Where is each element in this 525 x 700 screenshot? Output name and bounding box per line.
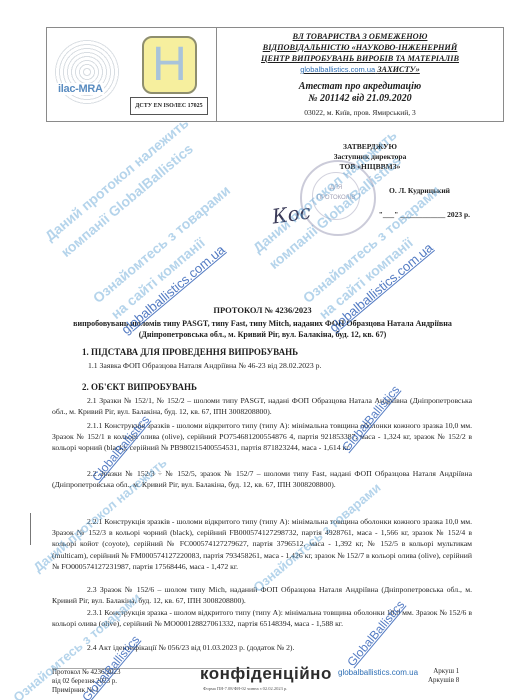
confidential-label: конфіденційно <box>200 664 332 684</box>
accreditation-standard: ДСТУ EN ISO/IEC 17025 <box>130 97 208 115</box>
company-logo: Н <box>142 36 197 94</box>
letterhead: ilac-MRA Н ДСТУ EN ISO/IEC 17025 ВЛ ТОВА… <box>46 27 504 122</box>
footer-website-link[interactable]: globalballistics.com.ua <box>338 668 418 677</box>
paragraph-text: 2.3 Зразок № 152/6 – шолом типу Mich, на… <box>52 585 472 605</box>
approval-heading: ЗАТВЕРДЖУЮ <box>270 142 470 152</box>
footer-copy-number: Примірник № 1 <box>52 686 121 695</box>
protocol-subtitle: випробовувань шоломів типу PASGT, типу F… <box>60 318 465 340</box>
paragraph-text: 2.2.1 Конструкція зразків - шоломи відкр… <box>52 517 472 571</box>
protocol-title: ПРОТОКОЛ № 4236/2023 <box>0 305 525 315</box>
sheet-number: Аркуш 1 <box>428 667 459 676</box>
approver-position: Заступник директора <box>270 152 470 162</box>
paragraph-2-1: 2.1 Зразки № 152/1, № 152/2 – шоломи тип… <box>52 395 472 417</box>
organization-name-line: ЗАХИСТУ» <box>377 65 419 74</box>
paragraph-2-4: 2.4 Акт ідентифікації № 056/23 від 01.03… <box>52 642 472 653</box>
paragraph-1-1: 1.1 Заявка ФОП Образцова Наталя Андріївн… <box>88 361 321 370</box>
organization-name-line: ЦЕНТР ВИПРОБУВАНЬ ВИРОБІВ ТА МАТЕРІАЛІВ <box>221 53 499 64</box>
accreditation-number: № 201142 від 21.09.2020 <box>217 93 503 105</box>
organization-name-line: ВЛ ТОВАРИСТВА З ОБМЕЖЕНОЮ <box>221 31 499 42</box>
paragraph-text: 2.2 Зразки № 152/3 ÷ № 152/5, зразок № 1… <box>52 469 472 489</box>
paragraph-2-3: 2.3 Зразок № 152/6 – шолом типу Mich, на… <box>52 584 472 606</box>
paragraph-2-2-1: 2.2.1 Конструкція зразків - шоломи відкр… <box>52 516 472 572</box>
organization-name-line: ВІДПОВІДАЛЬНІСТЮ «НАУКОВО-ІНЖЕНЕРНИЙ <box>221 42 499 53</box>
paragraph-2-1-1: 2.1.1 Конструкція зразків - шоломи відкр… <box>52 420 472 454</box>
watermark-text: Даний протокол належить <box>42 115 192 244</box>
letterhead-logos: ilac-MRA Н ДСТУ EN ISO/IEC 17025 <box>47 28 217 121</box>
margin-mark <box>30 513 31 545</box>
paragraph-text: 2.4 Акт ідентифікації № 056/23 від 01.03… <box>87 643 294 652</box>
approver-name: О. Л. Кудрицький <box>270 186 470 196</box>
paragraph-text: 2.1 Зразки № 152/1, № 152/2 – шоломи тип… <box>52 396 472 416</box>
watermark-text: Ознайомтесь з товарами <box>90 182 233 306</box>
section-heading-2: 2. ОБ'ЄКТ ВИПРОБУВАНЬ <box>82 382 197 392</box>
form-note: Форма ПЯ-7.08/ФЯ-02 чинна з 02.02.2023 р… <box>203 686 287 691</box>
organization-name: ВЛ ТОВАРИСТВА З ОБМЕЖЕНОЮ ВІДПОВІДАЛЬНІС… <box>221 31 499 75</box>
ilac-mra-logo-text: ilac-MRA <box>57 83 104 95</box>
paragraph-2-3-1: 2.3.1 Конструкція зразка - шолом відкрит… <box>52 607 472 629</box>
footer-protocol-date: від 02 березня 2023 р. <box>52 677 121 686</box>
company-logo-glyph: Н <box>144 38 195 92</box>
section-heading-1: 1. ПІДСТАВА ДЛЯ ПРОВЕДЕННЯ ВИПРОБУВАНЬ <box>82 347 298 357</box>
accreditation-certificate: Атестат про акредитацію № 201142 від 21.… <box>217 81 503 105</box>
organization-address: 03022, м. Київ, пров. Ямирський, 3 <box>217 108 503 117</box>
accreditation-title: Атестат про акредитацію <box>217 81 503 93</box>
sheet-counter: Аркуш 1 Аркушів 8 <box>428 667 459 685</box>
letterhead-organization: ВЛ ТОВАРИСТВА З ОБМЕЖЕНОЮ ВІДПОВІДАЛЬНІС… <box>217 28 503 121</box>
paragraph-2-2: 2.2 Зразки № 152/3 ÷ № 152/5, зразок № 1… <box>52 468 472 490</box>
footer-protocol-info: Протокол № 4236/2023 від 02 березня 2023… <box>52 668 121 695</box>
sheets-total: Аркушів 8 <box>428 676 459 685</box>
signature: Кос <box>271 199 313 228</box>
paragraph-text: 2.3.1 Конструкція зразка - шолом відкрит… <box>52 608 472 628</box>
watermark-text: компанії GlobalBallistics <box>58 140 196 260</box>
header-website-link[interactable]: globalballistics.com.ua <box>300 65 375 74</box>
footer-protocol-number: Протокол № 4236/2023 <box>52 668 121 677</box>
paragraph-text: 2.1.1 Конструкція зразків - шоломи відкр… <box>52 421 472 452</box>
approver-organization: ТОВ «НІЦВВМЗ» <box>270 162 470 172</box>
document-page: ilac-MRA Н ДСТУ EN ISO/IEC 17025 ВЛ ТОВА… <box>0 0 525 700</box>
